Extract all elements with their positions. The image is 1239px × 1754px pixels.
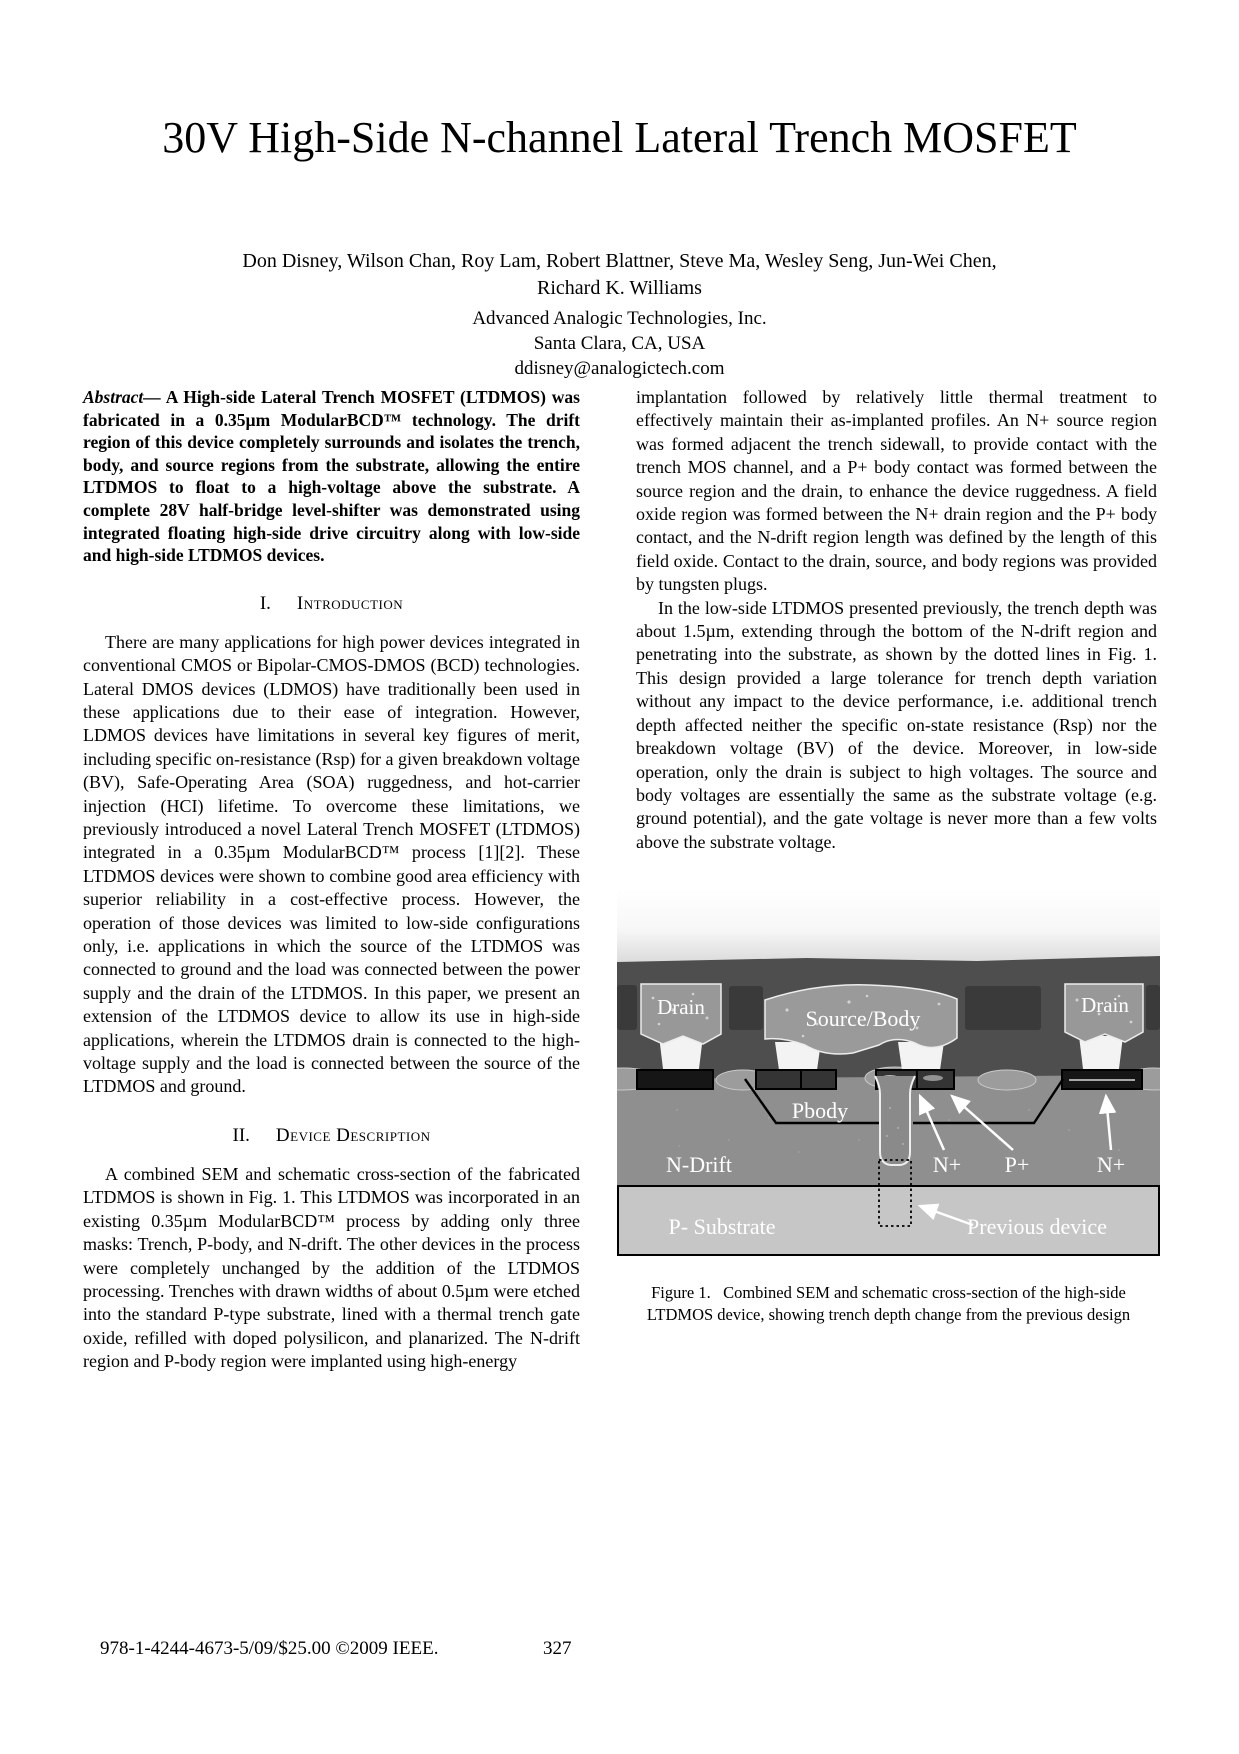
two-column-body: Abstract— A High-side Lateral Trench MOS… — [83, 386, 1157, 1374]
section-title: Introduction — [297, 593, 403, 614]
nplus-drain-box-left — [637, 1070, 713, 1089]
abstract-paragraph: Abstract— A High-side Lateral Trench MOS… — [83, 386, 580, 567]
page-number: 327 — [543, 1638, 572, 1660]
authors-line-1: Don Disney, Wilson Chan, Roy Lam, Robert… — [0, 250, 1239, 273]
affiliation-location: Santa Clara, CA, USA — [0, 333, 1239, 355]
introduction-paragraph: There are many applications for high pow… — [83, 631, 580, 1099]
copyright-notice: 978-1-4244-4673-5/09/$25.00 ©2009 IEEE. — [100, 1638, 438, 1660]
page-title: 30V High-Side N-channel Lateral Trench M… — [0, 112, 1239, 163]
abstract-label: Abstract— — [83, 387, 161, 407]
trench — [875, 1076, 915, 1165]
abstract-text: A High-side Lateral Trench MOSFET (LTDMO… — [83, 387, 580, 565]
label-previous-device: Previous device — [967, 1214, 1107, 1239]
source-implant-pair-left — [756, 1070, 836, 1089]
section-number: II. — [233, 1125, 250, 1146]
figure-caption-line-1: Figure 1. Combined SEM and schematic cro… — [627, 1282, 1150, 1304]
label-drain-left: Drain — [657, 995, 705, 1019]
label-drain-right: Drain — [1081, 993, 1129, 1017]
label-p-plus: P+ — [1005, 1152, 1030, 1177]
section-heading-device-description: II.Device Description — [83, 1125, 580, 1147]
label-n-plus-right: N+ — [1097, 1152, 1125, 1177]
left-column: Abstract— A High-side Lateral Trench MOS… — [83, 386, 580, 1374]
figure-caption-line-2: LTDMOS device, showing trench depth chan… — [627, 1304, 1150, 1326]
label-n-plus-left: N+ — [933, 1152, 961, 1177]
authors-line-2: Richard K. Williams — [0, 277, 1239, 300]
device-description-paragraph: A combined SEM and schematic cross-secti… — [83, 1163, 580, 1374]
sem-top-bright-band — [617, 888, 1160, 964]
trench-depth-paragraph: In the low-side LTDMOS presented previou… — [636, 597, 1157, 854]
sem-cross-section-image: Drain Source/Body Drain Pbody N-Drift N+… — [617, 888, 1160, 1256]
label-n-drift: N-Drift — [666, 1152, 732, 1177]
paper-page: 30V High-Side N-channel Lateral Trench M… — [0, 0, 1239, 1754]
contact-email: ddisney@analogictech.com — [0, 358, 1239, 380]
continuation-paragraph: implantation followed by relatively litt… — [636, 386, 1157, 597]
right-column: implantation followed by relatively litt… — [636, 386, 1157, 1374]
section-number: I. — [260, 593, 271, 614]
label-p-substrate: P- Substrate — [669, 1214, 776, 1239]
section-heading-introduction: I.Introduction — [83, 593, 580, 615]
affiliation: Advanced Analogic Technologies, Inc. — [0, 308, 1239, 330]
label-pbody: Pbody — [792, 1098, 848, 1123]
section-title: Device Description — [276, 1125, 431, 1146]
figure-1: Drain Source/Body Drain Pbody N-Drift N+… — [617, 888, 1160, 1325]
label-source-body: Source/Body — [806, 1006, 921, 1031]
figure-caption: Figure 1. Combined SEM and schematic cro… — [627, 1282, 1150, 1325]
